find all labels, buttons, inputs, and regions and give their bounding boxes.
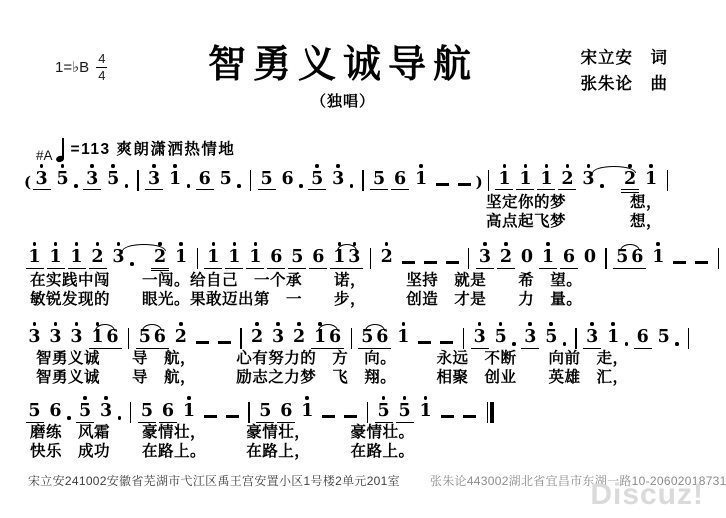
note: 1 (300, 396, 314, 420)
note: 2 (174, 322, 188, 346)
dash-extension (436, 183, 449, 186)
barline (718, 248, 719, 269)
note: 3 (147, 164, 161, 190)
dash-extension (204, 415, 217, 418)
barline (197, 248, 198, 269)
note: 1 (28, 242, 42, 268)
note: 1 (541, 242, 555, 268)
lyric-row: 在实践中闯 一闯。给自己 一个承 诺， 坚持 就是 希 望。 (30, 272, 726, 290)
music-line-1: (353531655653561)1112321坚定你的梦 想，高点起飞梦 想， (24, 164, 726, 230)
tempo-row: #A =113 爽朗潇洒热情地 (36, 132, 726, 162)
augmentation-dot (600, 184, 604, 188)
slur-arc (620, 244, 640, 251)
notation-row: 5653561561551 (24, 396, 726, 423)
barline (128, 328, 129, 349)
barline (351, 328, 352, 349)
note: 6 (49, 396, 63, 420)
dash-extension (418, 341, 431, 344)
music-line-2: 1112321111656132320160561在实践中闯 一闯。给自己 一个… (24, 242, 726, 308)
note: 1 (651, 242, 665, 266)
augmentation-dot (118, 416, 122, 420)
barline (367, 402, 368, 423)
augmentation-dot (512, 342, 516, 346)
notation-row: 1112321111656132320160561 (24, 242, 726, 271)
note: 1 (396, 322, 410, 346)
dash-extension (402, 261, 415, 264)
slur-arc (592, 166, 636, 173)
augmentation-dot (130, 262, 134, 266)
barline (240, 328, 241, 349)
dash-extension (440, 341, 453, 344)
note: 3 (35, 164, 49, 190)
header: 1=♭B 4 4 智勇义诚导航 （独唱） 宋立安 词 张朱论 曲 (0, 0, 726, 118)
barline (250, 170, 251, 191)
note: 3 (478, 242, 492, 268)
note: 5 (56, 164, 70, 188)
note: 1 (419, 396, 433, 420)
lyric-row: 坚定你的梦 想， (486, 194, 726, 212)
note: 6 (161, 396, 175, 422)
barline (667, 170, 668, 191)
augmentation-dot (74, 184, 78, 188)
note: 3 (585, 322, 599, 348)
note: 3 (581, 164, 595, 188)
sheet-music-page: 1=♭B 4 4 智勇义诚导航 （独唱） 宋立安 词 张朱论 曲 #A =113… (0, 0, 726, 518)
note: 2 (560, 164, 574, 190)
dash-extension (446, 261, 459, 264)
note: 5 (398, 396, 412, 422)
barline (130, 402, 131, 423)
note: 1 (497, 164, 511, 190)
dash-extension (463, 415, 476, 418)
note: 1 (174, 242, 188, 266)
dash-extension (458, 183, 471, 186)
note: 5 (657, 322, 671, 346)
note: 2 (380, 242, 394, 266)
note: 1 (518, 164, 532, 190)
note: 1 (70, 242, 84, 268)
barline (688, 328, 689, 349)
note: 5 (106, 164, 120, 188)
barline (468, 248, 469, 269)
credits: 宋立安 词 张朱论 曲 (581, 45, 669, 97)
credit-composer: 张朱论 曲 (581, 71, 669, 97)
augmentation-dot (563, 342, 567, 346)
barline (137, 170, 138, 191)
slur-arc (95, 324, 115, 331)
barline (488, 170, 489, 191)
note: 5 (377, 396, 391, 422)
note: 5 (310, 164, 324, 190)
note: 3 (28, 322, 42, 346)
sharp-anchor-label: #A (36, 148, 53, 163)
note: 0 (583, 242, 597, 266)
notation-row: (353531655653561)1112321 (24, 164, 726, 193)
music-line-3: 333165622321656135353165智勇义诚 导 航， 心有努力的 … (24, 322, 726, 386)
note: 1 (248, 242, 262, 268)
slur-arc (122, 244, 166, 251)
note: 6 (562, 242, 576, 268)
barline (248, 402, 249, 423)
note: 6 (636, 322, 650, 348)
score: (353531655653561)1112321坚定你的梦 想，高点起飞梦 想，… (0, 164, 726, 460)
dash-extension (322, 415, 335, 418)
augmentation-dot (299, 184, 303, 188)
note: 3 (112, 242, 126, 266)
dash-extension (424, 261, 437, 264)
note: 5 (494, 322, 508, 346)
note: 5 (290, 242, 304, 268)
augmentation-dot (675, 342, 679, 346)
note: 3 (331, 164, 345, 188)
note: 5 (258, 396, 272, 422)
barline (575, 328, 576, 349)
note: 2 (250, 322, 264, 346)
augmentation-dot (187, 184, 191, 188)
note: 6 (279, 396, 293, 422)
note: 3 (70, 322, 84, 346)
dash-extension (196, 341, 209, 344)
lyric-row: 快乐 成功 在路上。 在路上， 在路上。 (30, 443, 726, 461)
augmentation-dot (237, 184, 241, 188)
note: 1 (539, 164, 553, 190)
note: 5 (219, 164, 233, 188)
slur-arc (337, 244, 357, 251)
note: 2 (91, 242, 105, 268)
augmentation-dot (350, 184, 354, 188)
note: 5 (372, 164, 386, 190)
slur-arc (365, 324, 385, 331)
barline (463, 328, 464, 349)
final-barline (487, 402, 494, 423)
slur-arc (142, 324, 162, 331)
note: 3 (99, 396, 113, 420)
note: 3 (85, 164, 99, 190)
barline (362, 170, 363, 191)
note: 2 (292, 322, 306, 346)
note: 1 (49, 242, 63, 268)
note: 6 (311, 242, 325, 268)
note: 5 (28, 396, 42, 422)
footer-address-lyricist: 宋立安241002安徽省芜湖市弋江区禹王宫安置小区1号楼2单元201室 (28, 472, 400, 489)
note: 5 (260, 164, 274, 190)
lyric-row: 智勇义诚 导 航， 心有努力的 方 向。 永远 不断 向前 走， (36, 350, 726, 368)
note: 3 (49, 322, 63, 346)
note: 5 (78, 396, 92, 422)
note: 6 (281, 164, 295, 188)
note: 1 (182, 396, 196, 420)
slur-arc (318, 324, 338, 331)
note: 1 (227, 242, 241, 268)
note: 3 (523, 322, 537, 348)
dash-extension (218, 341, 231, 344)
lyric-row: 敏锐发现的 眼光。果敢迈出第 一 步， 创造 才是 力 量。 (30, 291, 726, 309)
note: 5 (140, 396, 154, 422)
note: 1 (606, 322, 620, 346)
dash-extension (226, 415, 239, 418)
note: 6 (269, 242, 283, 268)
augmentation-dot (125, 184, 129, 188)
dash-extension (441, 415, 454, 418)
quarter-note-icon (56, 137, 69, 161)
barline (370, 248, 371, 269)
tempo-marking: =113 爽朗潇洒热情地 (71, 137, 236, 159)
note: 1 (644, 164, 658, 188)
dash-extension (695, 261, 708, 264)
note: 1 (206, 242, 220, 268)
augmentation-dot (67, 416, 71, 420)
note: 5 (544, 322, 558, 346)
barline (605, 248, 606, 269)
note: 6 (393, 164, 407, 190)
music-line-4: 5653561561551磨练 风霜 豪情壮， 豪情壮， 豪情壮。快乐 成功 在… (24, 396, 726, 460)
dash-extension (673, 261, 686, 264)
lyric-row: 智勇义诚 导 航， 励志之力梦 飞 翔。 相聚 创业 英雄 汇， (36, 369, 726, 387)
note: 1 (168, 164, 182, 188)
dash-extension (344, 415, 357, 418)
note: 0 (520, 242, 534, 266)
notation-row: 333165622321656135353165 (24, 322, 726, 349)
note: 3 (271, 322, 285, 346)
credit-lyricist: 宋立安 词 (581, 45, 669, 71)
note: 1 (414, 164, 428, 188)
parenthesis: ( (24, 173, 31, 191)
discuz-watermark: Discuz! (590, 478, 704, 512)
augmentation-dot (625, 342, 629, 346)
note: 3 (473, 322, 487, 348)
lyric-row: 高点起飞梦 想， (486, 213, 726, 231)
note: 2 (499, 242, 513, 268)
lyric-row: 磨练 风霜 豪情壮， 豪情壮， 豪情壮。 (30, 424, 726, 442)
parenthesis: ) (476, 173, 483, 191)
note: 6 (198, 164, 212, 190)
